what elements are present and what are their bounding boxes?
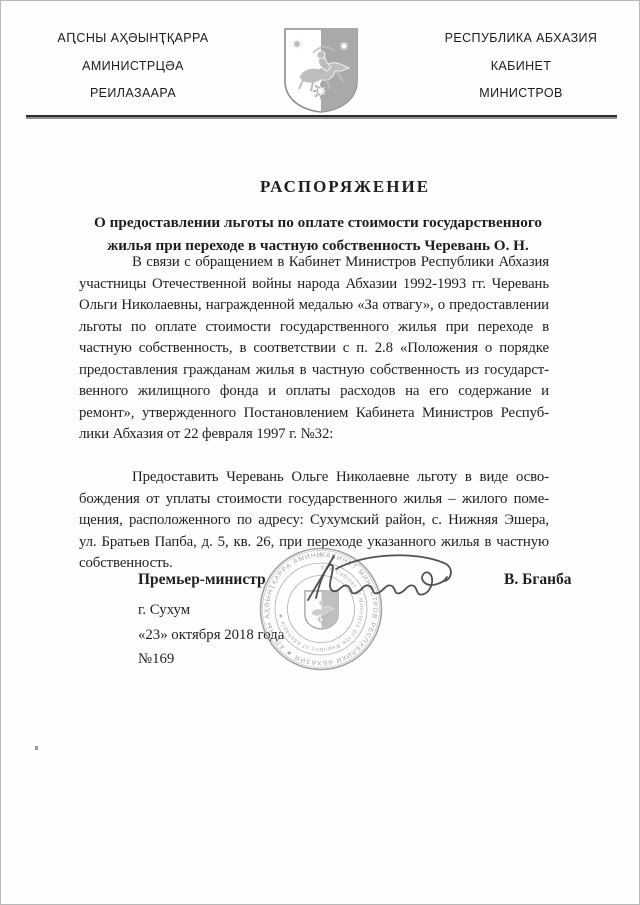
- signatory-name-label: В. Бганба: [504, 571, 572, 589]
- text-line: льготы по оплате стоимости государственн…: [79, 317, 549, 339]
- text-line: В связи с обращением в Кабинет Министров…: [79, 252, 549, 274]
- header-divider: [26, 115, 617, 119]
- document-title: РАСПОРЯЖЕНИЕ: [49, 177, 640, 197]
- header-left-line: АМИНИСТРЦӘА: [34, 53, 232, 81]
- header-right-line: РЕСПУБЛИКА АБХАЗИЯ: [425, 25, 617, 53]
- header-left-line: АԤСНЫ АҲӘЫНҬҚАРРА: [34, 25, 232, 53]
- coat-of-arms-icon: [283, 27, 359, 114]
- star-large-bottom: [313, 83, 330, 100]
- scanned-document-page: АԤСНЫ АҲӘЫНҬҚАРРААМИНИСТРЦӘАРЕИЛАЗААРА Р…: [0, 0, 640, 905]
- header-right-line: КАБИНЕТ: [425, 53, 617, 81]
- text-line: лики Абхазия от 22 февраля 1997 г. №32:: [79, 424, 549, 446]
- text-line: щения, расположенного по адресу: Сухумск…: [79, 510, 549, 532]
- text-line: Ольги Николаевны, награжденной медалью «…: [79, 295, 549, 317]
- text-line: участницы Отечественной войны народа Абх…: [79, 274, 549, 296]
- header-right-line: МИНИСТРОВ: [425, 80, 617, 108]
- signatory-post-label: Премьер-министр: [138, 571, 266, 589]
- header-left-block: АԤСНЫ АҲӘЫНҬҚАРРААМИНИСТРЦӘАРЕИЛАЗААРА: [34, 25, 232, 108]
- star-small-left: [292, 39, 303, 50]
- text-line: венного жилищного фонда и оплаты расходо…: [79, 381, 549, 403]
- document-body: В связи с обращением в Кабинет Министров…: [79, 252, 549, 575]
- subject-line: О предоставлении льготы по оплате стоимо…: [79, 212, 557, 235]
- header-right-block: РЕСПУБЛИКА АБХАЗИЯКАБИНЕТМИНИСТРОВ: [425, 25, 617, 108]
- text-line: Предоставить Черевань Ольге Николаевне л…: [79, 467, 549, 489]
- scan-artifact-speck: [35, 746, 38, 750]
- paragraph: В связи с обращением в Кабинет Министров…: [79, 252, 549, 446]
- handwritten-signature: [296, 550, 466, 606]
- text-line: предоставления гражданам жилья в частную…: [79, 360, 549, 382]
- header-left-line: РЕИЛАЗААРА: [34, 80, 232, 108]
- star-small-right: [339, 41, 350, 52]
- document-subject: О предоставлении льготы по оплате стоимо…: [79, 212, 557, 257]
- text-line: частную собственность, в соответствии с …: [79, 338, 549, 360]
- text-line: ремонт», утвержденного Постановлением Ка…: [79, 403, 549, 425]
- text-line: бождения от уплаты стоимости государстве…: [79, 489, 549, 511]
